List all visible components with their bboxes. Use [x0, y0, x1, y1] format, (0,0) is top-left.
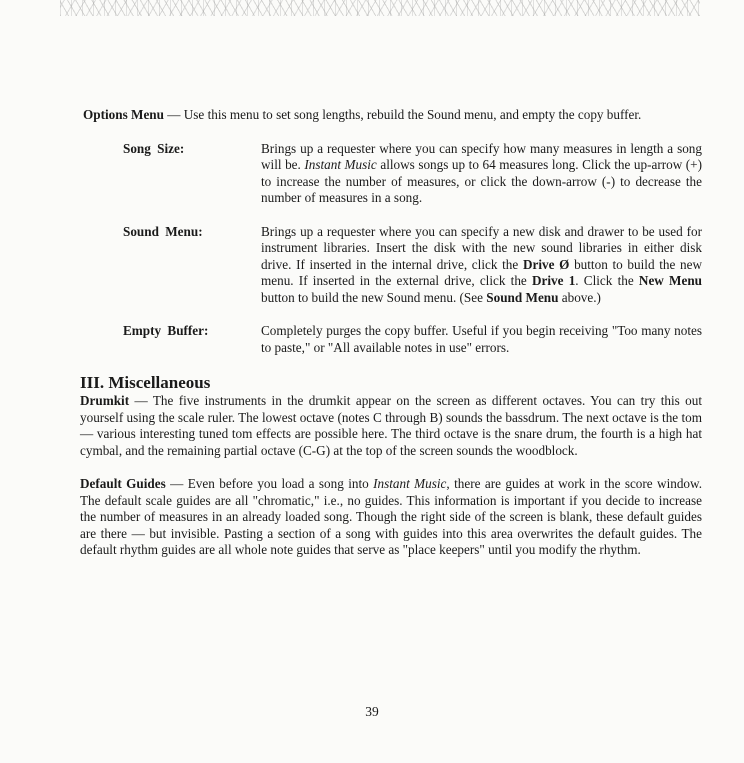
definition-item: Empty Buffer:Completely purges the copy … [80, 323, 702, 356]
definition-description: Completely purges the copy buffer. Usefu… [261, 323, 702, 356]
section-paragraph: Drumkit — The five instruments in the dr… [80, 393, 702, 459]
options-menu-intro-text: Use this menu to set song lengths, rebui… [184, 107, 642, 122]
options-menu-title: Options Menu [83, 107, 164, 122]
options-menu-definitions: Song Size:Brings up a requester where yo… [80, 141, 702, 357]
definition-item: Sound Menu:Brings up a requester where y… [80, 224, 702, 307]
options-menu-intro: Options Menu — Use this menu to set song… [83, 107, 702, 124]
definition-term: Empty Buffer: [80, 323, 261, 356]
definition-description: Brings up a requester where you can spec… [261, 141, 702, 207]
paragraph-lead: Drumkit [80, 393, 129, 408]
section-paragraph: Default Guides — Even before you load a … [80, 476, 702, 559]
section-title: III. Miscellaneous [80, 373, 702, 392]
paragraph-lead: Default Guides [80, 476, 166, 491]
definition-item: Song Size:Brings up a requester where yo… [80, 141, 702, 207]
page-number: 39 [0, 704, 744, 720]
definition-term: Song Size: [80, 141, 261, 207]
page-content: Options Menu — Use this menu to set song… [80, 107, 702, 576]
decorative-border-texture [60, 0, 700, 16]
section-paragraphs: Drumkit — The five instruments in the dr… [80, 393, 702, 559]
definition-description: Brings up a requester where you can spec… [261, 224, 702, 307]
definition-term: Sound Menu: [80, 224, 261, 307]
